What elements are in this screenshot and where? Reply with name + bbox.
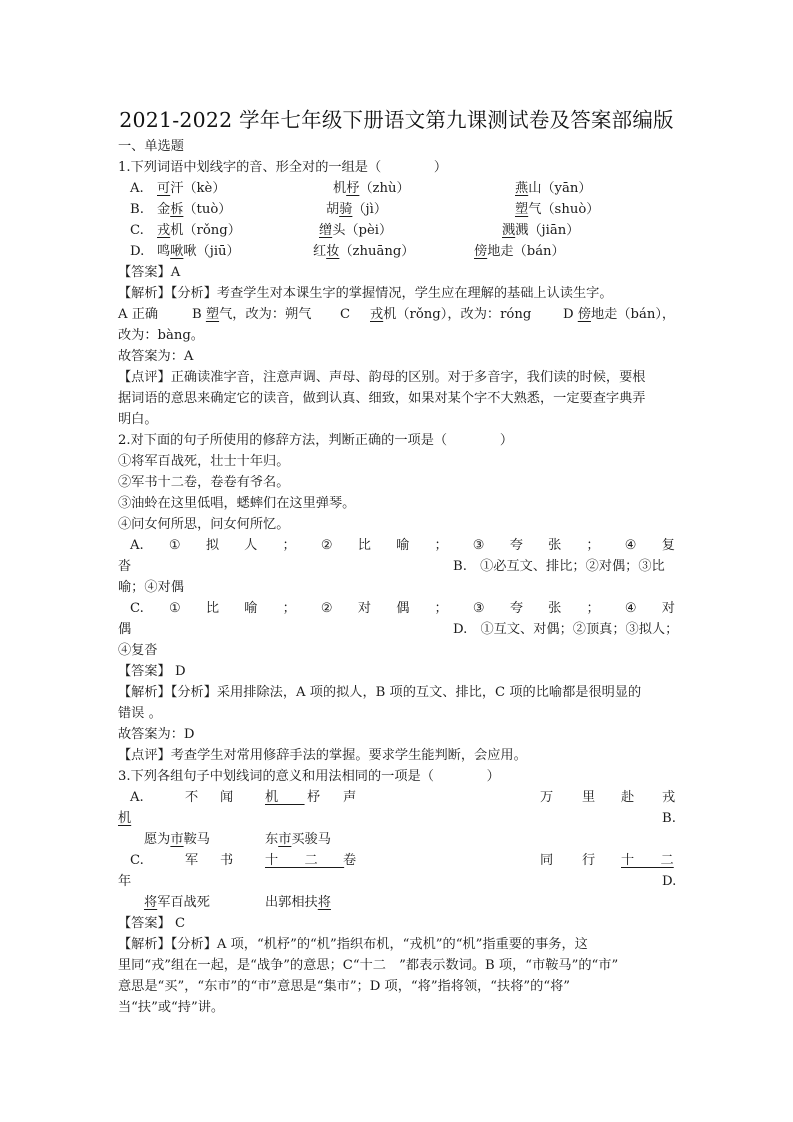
q2-final-answer: 故答案为：D	[118, 726, 195, 744]
q1-option-b-label: B.	[130, 201, 144, 219]
q2-option-b-cont: 喻；④对偶	[118, 579, 184, 597]
q2-option-c-cont: 偶	[118, 621, 131, 639]
q3-option-a-char: 赴	[621, 789, 634, 807]
q3-analysis-line1: 【解析】【分析】A 项，“机杼”的“机”指织布机，“戎机”的“机”指重要的事务，…	[118, 936, 588, 954]
q1-analysis-a: A 正确	[118, 306, 158, 324]
q2-sentence-1: ①将军百战死，壮士十年归。	[118, 453, 289, 471]
q1-comment-line2: 据词语的意思来确定它的读音，做到认真、细致，如果对某个字不大熟悉，一定要查字典弄	[118, 390, 646, 408]
q1-option-a-item3: 燕山（yān）	[515, 180, 592, 198]
q1-analysis-c-label: C	[340, 306, 350, 324]
q3-option-b-label: B.	[662, 810, 676, 828]
q3-analysis-line2: 里同“戎”组在一起，是“战争”的意思；C“十二 ”都表示数词。B 项，“市鞍马”…	[118, 957, 618, 975]
q1-comment-line3: 明白。	[118, 411, 158, 429]
q1-option-d-item2: 红妆（zhuāng）	[313, 243, 414, 261]
q3-option-a-char: 里	[582, 789, 595, 807]
q1-option-b-item2: 胡骑（jì）	[326, 201, 387, 219]
q3-option-d-sentence1: 将军百战死	[144, 894, 210, 912]
q3-option-c-char: 卷	[343, 852, 356, 870]
q2-option-a-cont: 沓	[118, 558, 131, 576]
q1-option-c-item2: 缯头（pèi）	[319, 222, 392, 240]
q2-option-d-cont: ④复沓	[118, 642, 158, 660]
q1-comment-line1: 【点评】正确读准字音，注意声调、声母、韵母的区别。对于多音字，我们读的时候，要根	[118, 369, 646, 387]
q1-option-c-item3: 溅溅（jiān）	[502, 222, 579, 240]
q1-option-d-item1: 鸣啾啾（jiū）	[157, 243, 240, 261]
q2-option-a: A.①拟人；②比喻；③夸张；④复	[130, 537, 675, 555]
q2-analysis-line1: 【解析】【分析】采用排除法，A 项的拟人，B 项的互文、排比，C 项的比喻都是很…	[118, 684, 641, 702]
q1-option-c-label: C.	[130, 222, 144, 240]
q1-option-b-item3: 塑气（shuò）	[515, 201, 599, 219]
q1-option-a-item2: 机杼（zhù）	[333, 180, 410, 198]
q3-option-b-sentence1: 愿为市鞍马	[144, 831, 210, 849]
q3-option-a-char: 不	[185, 789, 198, 807]
q3-analysis-line4: 当“扶”或“持”讲。	[118, 999, 224, 1017]
q1-answer: 【答案】A	[118, 264, 180, 282]
q3-option-a-cont: 机	[118, 810, 131, 828]
q2-option-d: D. ①互文、对偶；②顶真；③拟人；	[453, 621, 678, 639]
q3-analysis-line3: 意思是“买”，“东市”的“市”意思是“集市”；D 项，“将”指将领，“扶将”的“…	[118, 978, 570, 996]
q3-option-c-char: 同	[540, 852, 553, 870]
q2-stem: 2.对下面的句子所使用的修辞方法，判断正确的一项是（ ）	[118, 432, 513, 450]
q1-option-d-label: D.	[130, 243, 144, 261]
q3-option-d-label: D.	[662, 873, 676, 891]
q3-option-a-char: 杼	[307, 789, 320, 807]
q1-option-a-item1: 可汗（kè）	[157, 180, 226, 198]
q3-option-d-sentence2: 出郭相扶将	[265, 894, 331, 912]
q2-sentence-3: ③油蛉在这里低唱，蟋蟀们在这里弹琴。	[118, 495, 355, 513]
q3-answer: 【答案】 C	[118, 915, 185, 933]
q3-option-c-underlined2: 十 二	[621, 852, 674, 870]
q3-option-c-char: 行	[582, 852, 595, 870]
q2-comment: 【点评】考查学生对常用修辞手法的掌握。要求学生能判断，会应用。	[118, 747, 527, 765]
q1-analysis-b: B 塑气，改为：朔气	[192, 306, 311, 324]
q2-answer: 【答案】 D	[118, 663, 186, 681]
q3-option-c-cont: 年	[118, 873, 131, 891]
q1-option-a-label: A.	[130, 180, 144, 198]
q1-analysis: 【解析】【分析】考查学生对本课生字的掌握情况，学生应在理解的基础上认读生字。	[118, 285, 613, 303]
q1-analysis-c: 戎机（rǒng），改为：róng	[370, 306, 531, 324]
q3-option-a-char: 戎	[662, 789, 675, 807]
q2-sentence-4: ④问女何所思，问女何所忆。	[118, 516, 289, 534]
q1-final-answer: 故答案为：A	[118, 348, 193, 366]
document-title: 2021-2022 学年七年级下册语文第九课测试卷及答案部编版	[0, 103, 793, 133]
q3-option-a-underlined: 机	[265, 789, 305, 807]
q3-option-b-sentence2: 东市买骏马	[265, 831, 331, 849]
q1-option-b-item1: 金柝（tuò）	[157, 201, 231, 219]
q1-stem: 1.下列词语中划线字的音、形全对的一组是（ ）	[118, 159, 447, 177]
q2-sentence-2: ②军书十二卷，卷卷有爷名。	[118, 474, 289, 492]
q3-option-c-char: 书	[220, 852, 233, 870]
q1-analysis-cont: 改为：bàng。	[118, 327, 204, 345]
q3-stem: 3.下列各组句子中划线词的意义和用法相同的一项是（ ）	[118, 768, 500, 786]
q2-analysis-line2: 错误 。	[118, 705, 162, 723]
q1-analysis-d: D 傍地走（bán），	[563, 306, 675, 324]
q3-option-c-label: C.	[130, 852, 144, 870]
q3-option-a-char: 闻	[220, 789, 233, 807]
q1-option-d-item3: 傍地走（bán）	[474, 243, 565, 261]
q2-option-b: B. ①必互文、排比；②对偶；③比	[453, 558, 665, 576]
q2-option-c: C.①比喻；②对偶；③夸张；④对	[130, 600, 675, 618]
q3-option-c-underlined: 十 二	[265, 852, 344, 870]
q3-option-a-label: A.	[130, 789, 144, 807]
q3-option-a-char: 声	[343, 789, 356, 807]
q1-option-c-item1: 戎机（rǒng）	[157, 222, 241, 240]
q3-option-a-char: 万	[540, 789, 553, 807]
q3-option-c-char: 军	[185, 852, 198, 870]
section-heading: 一、单选题	[118, 138, 184, 156]
